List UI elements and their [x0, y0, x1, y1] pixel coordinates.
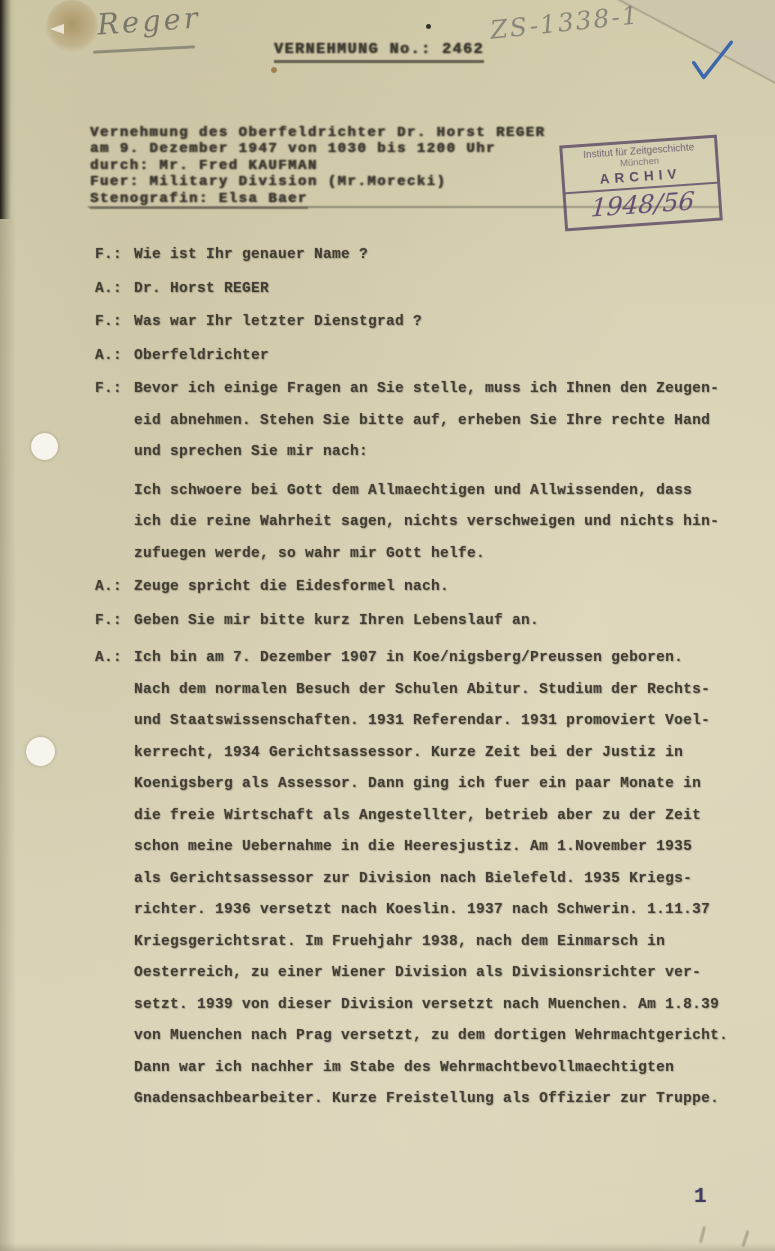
qa-text-line: richter. 1936 versetzt nach Koeslin. 193… — [134, 895, 765, 927]
qa-text-line: Dr. Horst REGER — [134, 274, 765, 306]
scan-bottom-shadow — [0, 1243, 775, 1251]
qa-speaker-label: A.: — [95, 643, 134, 1116]
qa-text-line: Ich bin am 7. Dezember 1907 in Koe/nigsb… — [134, 643, 765, 675]
qa-text-line: Oberfeldrichter — [134, 341, 765, 373]
pencil-corner-mark — [699, 1226, 706, 1243]
qa-row: A.: Dr. Horst REGER — [95, 274, 765, 306]
qa-text-line: von Muenchen nach Prag versetzt, zu dem … — [134, 1021, 765, 1053]
qa-speaker-label: F.: — [95, 374, 134, 570]
qa-speaker-label: F.: — [95, 240, 134, 272]
qa-text-line: Koenigsberg als Assessor. Dann ging ich … — [134, 769, 765, 801]
qa-text-line: Kriegsgerichtsrat. Im Fruehjahr 1938, na… — [134, 927, 765, 959]
qa-speaker-label: A.: — [95, 274, 134, 306]
scanned-document-page: Reger ZS-1338-1 VERNEHMUNG No.: 2462 Ver… — [0, 0, 775, 1251]
qa-row: F.: Wie ist Ihr genauer Name ? — [95, 240, 765, 272]
qa-text-line: Wie ist Ihr genauer Name ? — [134, 240, 765, 272]
punch-hole-top — [31, 433, 58, 460]
qa-text-line: eid abnehmen. Stehen Sie bitte auf, erhe… — [134, 406, 765, 438]
qa-row: A.: Zeuge spricht die Eidesformel nach. — [95, 572, 765, 604]
oath-text-line: ich die reine Wahrheit sagen, nichts ver… — [134, 507, 765, 539]
checkmark-icon — [688, 36, 736, 89]
qa-text-line: Gnadensachbearbeiter. Kurze Freistellung… — [134, 1084, 765, 1116]
header-subject-line: Vernehmung des Oberfeldrichter Dr. Horst… — [90, 125, 545, 141]
qa-text-line: Was war Ihr letzter Dienstgrad ? — [134, 307, 765, 339]
qa-row: F.: Was war Ihr letzter Dienstgrad ? — [95, 307, 765, 339]
qa-text-line: kerrecht, 1934 Gerichtsassessor. Kurze Z… — [134, 738, 765, 770]
ink-speck — [426, 24, 431, 29]
qa-row: F.: Geben Sie mir bitte kurz Ihren Leben… — [95, 606, 765, 638]
scan-edge-dark-strip — [0, 0, 11, 219]
qa-text-line: die freie Wirtschaft als Angestellter, b… — [134, 801, 765, 833]
handwritten-name-annotation: Reger — [96, 0, 202, 41]
qa-row: F.: Bevor ich einige Fragen an Sie stell… — [95, 374, 765, 570]
qa-row: A.: Ich bin am 7. Dezember 1907 in Koe/n… — [95, 643, 765, 1116]
document-title: VERNEHMUNG No.: 2462 — [274, 41, 484, 58]
qa-speaker-label: F.: — [95, 606, 134, 638]
header-division-line: Fuer: Military Division (Mr.Morecki) — [90, 174, 545, 190]
interrogation-header: Vernehmung des Oberfeldrichter Dr. Horst… — [90, 125, 545, 207]
qa-text-line: schon meine Uebernahme in die Heeresjust… — [134, 832, 765, 864]
paper-speck — [271, 67, 277, 73]
handwritten-underline — [93, 45, 195, 53]
white-artifact-mark — [50, 24, 64, 34]
header-stenographer-line: Stenografin: Elsa Baer — [90, 191, 545, 207]
document-title-text: VERNEHMUNG No.: 2462 — [274, 41, 484, 63]
archive-reference-annotation: ZS-1338-1 — [489, 0, 641, 45]
header-datetime-line: am 9. Dezember 1947 von 1030 bis 1200 Uh… — [90, 141, 545, 157]
punch-hole-bottom — [26, 737, 55, 766]
header-interrogator-line: durch: Mr. Fred KAUFMAN — [90, 158, 545, 174]
qa-text-line: Zeuge spricht die Eidesformel nach. — [134, 572, 765, 604]
qa-speaker-label: A.: — [95, 572, 134, 604]
qa-text-line: und sprechen Sie mir nach: — [134, 437, 765, 469]
qa-text-line: Bevor ich einige Fragen an Sie stelle, m… — [134, 374, 765, 406]
qa-text-line: setzt. 1939 von dieser Division versetzt… — [134, 990, 765, 1022]
qa-text-line: Nach dem normalen Besuch der Schulen Abi… — [134, 675, 765, 707]
qa-transcript: F.: Wie ist Ihr genauer Name ? A.: Dr. H… — [95, 240, 765, 1118]
archive-stamp: Institut für Zeitgeschichte München ARCH… — [559, 135, 723, 232]
qa-text-line: Oesterreich, zu einer Wiener Division al… — [134, 958, 765, 990]
qa-text-line: und Staatswissenschaften. 1931 Referenda… — [134, 706, 765, 738]
oath-text-line: Ich schwoere bei Gott dem Allmaechtigen … — [134, 476, 765, 508]
oath-text-line: zufuegen werde, so wahr mir Gott helfe. — [134, 539, 765, 571]
qa-speaker-label: F.: — [95, 307, 134, 339]
qa-text-line: als Gerichtsassessor zur Division nach B… — [134, 864, 765, 896]
qa-row: A.: Oberfeldrichter — [95, 341, 765, 373]
qa-text-line: Dann war ich nachher im Stabe des Wehrma… — [134, 1053, 765, 1085]
page-number: 1 — [694, 1186, 707, 1209]
qa-speaker-label: A.: — [95, 341, 134, 373]
qa-text-line: Geben Sie mir bitte kurz Ihren Lebenslau… — [134, 606, 765, 638]
